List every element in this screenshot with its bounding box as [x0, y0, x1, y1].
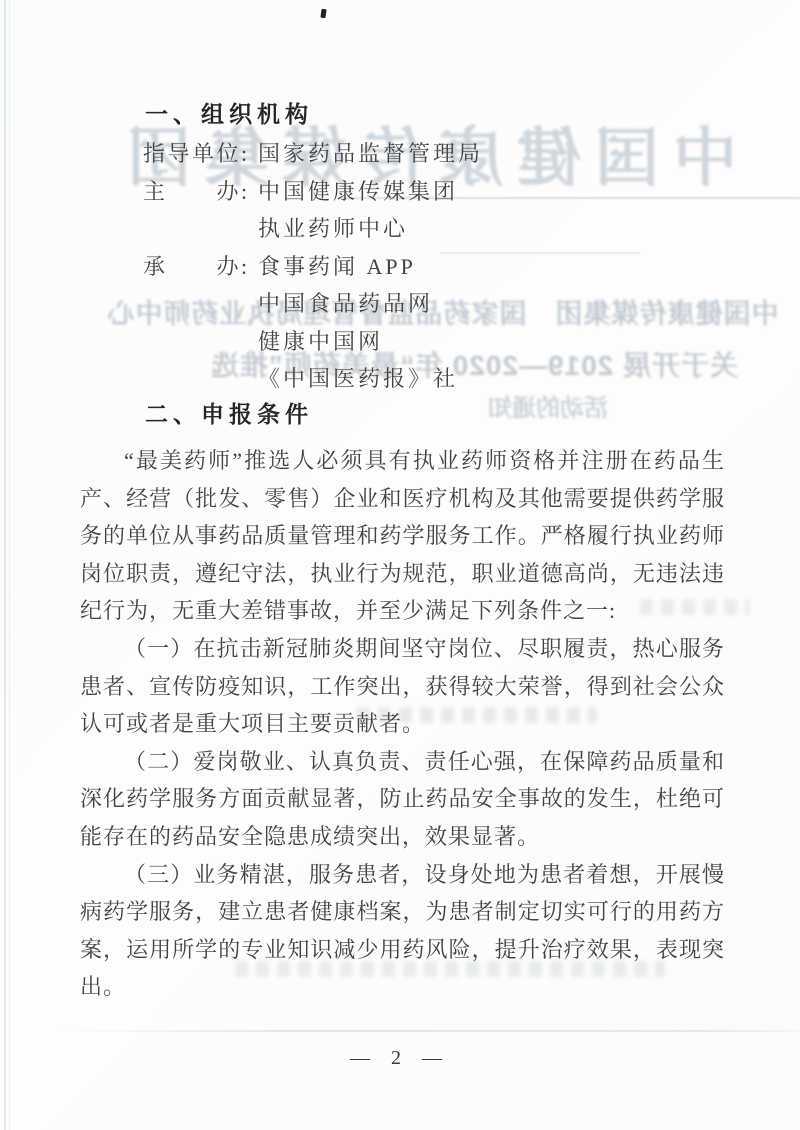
page-number: — 2 —	[0, 1044, 800, 1072]
org-row-guidance-unit: 指导单位: 国家药品监督管理局	[143, 135, 483, 173]
section-heading-organization: 一、组织机构	[145, 101, 313, 127]
org-label: 主 办:	[143, 173, 258, 248]
org-values: 国家药品监督管理局	[258, 135, 483, 173]
scan-edge-line	[9, 0, 10, 1130]
body-paragraph-condition-2: （二）爱岗敬业、认真负责、责任心强，在保障药品质量和深化药学服务方面贡献显著，防…	[80, 743, 725, 856]
bleedthrough-title-line-3: 活动的通知	[478, 393, 618, 425]
section-heading-application-conditions: 二、申报条件	[145, 401, 313, 427]
body-paragraph-condition-1: （一）在抗击新冠肺炎期间坚守岗位、尽职履责，热心服务患者、宣传防疫知识，工作突出…	[80, 630, 725, 743]
org-value-line: 食事药闻 APP	[258, 248, 458, 286]
org-row-organizer: 承 办: 食事药闻 APP 中国食品药品网 健康中国网 《中国医药报》社	[143, 248, 483, 398]
org-value-line: 国家药品监督管理局	[258, 135, 483, 173]
scanned-document-page: 中国健康传媒集团 中国健康传媒集团 国家药品监督管理局执业药师中心 关于开展 2…	[0, 0, 800, 1130]
org-value-line: 《中国医药报》社	[258, 360, 458, 398]
org-value-line: 执业药师中心	[258, 210, 458, 248]
org-values: 中国健康传媒集团 执业药师中心	[258, 173, 458, 248]
organization-list: 指导单位: 国家药品监督管理局 主 办: 中国健康传媒集团 执业药师中心 承 办…	[143, 135, 483, 398]
org-label: 承 办:	[143, 248, 258, 398]
body-paragraph-condition-3: （三）业务精湛，服务患者，设身处地为患者着想，开展慢病药学服务，建立患者健康档案…	[80, 856, 725, 1006]
org-row-host: 主 办: 中国健康传媒集团 执业药师中心	[143, 173, 483, 248]
body-paragraph-intro: “最美药师”推选人必须具有执业药师资格并注册在药品生产、经营（批发、零售）企业和…	[80, 442, 725, 630]
org-value-line: 中国食品药品网	[258, 285, 458, 323]
scan-fold-line	[60, 1030, 800, 1032]
scan-speck	[320, 9, 326, 19]
org-value-line: 健康中国网	[258, 323, 458, 361]
org-values: 食事药闻 APP 中国食品药品网 健康中国网 《中国医药报》社	[258, 248, 458, 398]
org-label: 指导单位:	[143, 135, 258, 173]
org-value-line: 中国健康传媒集团	[258, 173, 458, 211]
scan-edge-line	[4, 0, 6, 1130]
body-text: “最美药师”推选人必须具有执业药师资格并注册在药品生产、经营（批发、零售）企业和…	[80, 442, 725, 1006]
